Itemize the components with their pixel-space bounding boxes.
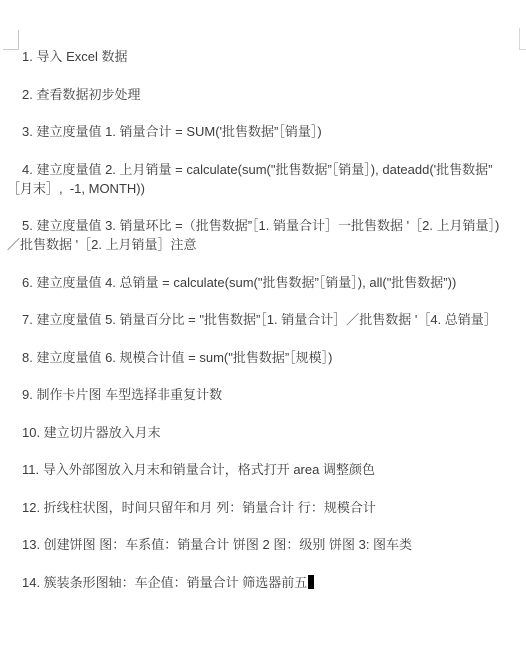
paragraph-first-line[interactable]: 11. 导入外部图放入月末和销量合计，格式打开 area 调整颜色: [7, 460, 526, 479]
paragraph-first-line[interactable]: 2. 查看数据初步处理: [7, 85, 526, 104]
paragraph-13[interactable]: 13. 创建饼图 图：车系值：销量合计 饼图 2 图：级别 饼图 3: 图车类: [7, 535, 526, 554]
paragraph-10[interactable]: 10. 建立切片器放入月末: [7, 423, 526, 442]
paragraph-2[interactable]: 2. 查看数据初步处理: [7, 85, 526, 104]
paragraph-wrap-line[interactable]: ［月末］, -1, MONTH)): [7, 179, 526, 198]
paragraph-7[interactable]: 7. 建立度量值 5. 销量百分比 = "批售数据”［1. 销量合计］／批售数据…: [7, 310, 526, 329]
paragraph-1[interactable]: 1. 导入 Excel 数据: [7, 47, 526, 66]
paragraph-5[interactable]: 5. 建立度量值 3. 销量环比 =（批售数据”［1. 销量合计］一批售数据 '…: [7, 216, 526, 254]
paragraph-3[interactable]: 3. 建立度量值 1. 销量合计 = SUM('批售数据”［销量］): [7, 122, 526, 141]
paragraph-8[interactable]: 8. 建立度量值 6. 规模合计值 = sum("批售数据”［规模］): [7, 348, 526, 367]
paragraph-first-line[interactable]: 6. 建立度量值 4. 总销量 = calculate(sum("批售数据”［销…: [7, 273, 526, 292]
paragraph-first-line[interactable]: 7. 建立度量值 5. 销量百分比 = "批售数据”［1. 销量合计］／批售数据…: [7, 310, 526, 329]
paragraph-14[interactable]: 14. 簇装条形图轴：车企值：销量合计 筛选器前五: [7, 573, 526, 592]
paragraph-first-line[interactable]: 12. 折线柱状图，时间只留年和月 列：销量合计 行：规模合计: [7, 498, 526, 517]
text-cursor: [308, 575, 314, 589]
paragraph-12[interactable]: 12. 折线柱状图，时间只留年和月 列：销量合计 行：规模合计: [7, 498, 526, 517]
document-list[interactable]: 1. 导入 Excel 数据2. 查看数据初步处理3. 建立度量值 1. 销量合…: [7, 47, 526, 610]
paragraph-first-line[interactable]: 1. 导入 Excel 数据: [7, 47, 526, 66]
paragraph-9[interactable]: 9. 制作卡片图 车型选择非重复计数: [7, 385, 526, 404]
paragraph-11[interactable]: 11. 导入外部图放入月末和销量合计，格式打开 area 调整颜色: [7, 460, 526, 479]
paragraph-6[interactable]: 6. 建立度量值 4. 总销量 = calculate(sum("批售数据”［销…: [7, 273, 526, 292]
paragraph-first-line[interactable]: 3. 建立度量值 1. 销量合计 = SUM('批售数据”［销量］): [7, 122, 526, 141]
paragraph-first-line[interactable]: 8. 建立度量值 6. 规模合计值 = sum("批售数据”［规模］): [7, 348, 526, 367]
paragraph-first-line[interactable]: 9. 制作卡片图 车型选择非重复计数: [7, 385, 526, 404]
paragraph-wrap-line[interactable]: ／批售数据 '［2. 上月销量］注意: [7, 235, 526, 254]
paragraph-first-line[interactable]: 14. 簇装条形图轴：车企值：销量合计 筛选器前五: [7, 573, 526, 592]
paragraph-first-line[interactable]: 4. 建立度量值 2. 上月销量 = calculate(sum("批售数据”［…: [7, 160, 526, 179]
paragraph-first-line[interactable]: 10. 建立切片器放入月末: [7, 423, 526, 442]
document-page: 1. 导入 Excel 数据2. 查看数据初步处理3. 建立度量值 1. 销量合…: [0, 0, 526, 663]
paragraph-first-line[interactable]: 5. 建立度量值 3. 销量环比 =（批售数据”［1. 销量合计］一批售数据 '…: [7, 216, 526, 235]
paragraph-4[interactable]: 4. 建立度量值 2. 上月销量 = calculate(sum("批售数据”［…: [7, 160, 526, 198]
paragraph-first-line[interactable]: 13. 创建饼图 图：车系值：销量合计 饼图 2 图：级别 饼图 3: 图车类: [7, 535, 526, 554]
